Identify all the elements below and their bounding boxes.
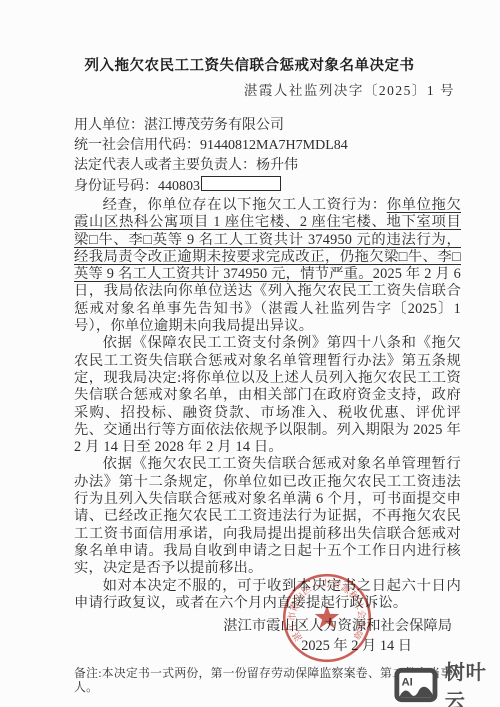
employer-line: 用人单位：湛江博茂劳务有限公司 bbox=[74, 116, 461, 136]
legal-rep-line: 法定代表人或者主要负责人：杨升伟 bbox=[74, 156, 461, 176]
watermark: AI 树叶云 bbox=[394, 656, 500, 707]
credit-code-line: 统一社会信用代码：91440812MA7H7MDL84 bbox=[74, 136, 461, 156]
id-number-line: 身份证号码：440803 bbox=[74, 176, 461, 197]
paragraph-appeal: 如对本决定不服的，可于收到本决定书之日起六十日内申请行政复议，或者在六个月内直接… bbox=[74, 578, 461, 613]
paragraph-decision: 依据《保障农民工工资支付条例》第四十八条和《拖欠农民工工资失信联合惩戒对象名单管… bbox=[74, 335, 461, 456]
signature-date: 2025 年 2 月 14 日 bbox=[74, 638, 461, 655]
id-number-label: 身份证号码：440803 bbox=[74, 179, 200, 194]
findings-intro: 经查，你单位存在以下拖欠工人工资行为： bbox=[103, 197, 387, 213]
redacted-id-box bbox=[201, 176, 281, 191]
document-page: 列入拖欠农民工工资失信联合惩戒对象名单决定书 湛霞人社监列决字〔2025〕1 号… bbox=[0, 0, 500, 707]
signature-org: 湛江市霞山区人力资源和社会保障局 bbox=[74, 618, 461, 635]
watermark-brand: 树叶云 bbox=[445, 656, 500, 707]
logo-ai-text: AI bbox=[401, 676, 412, 688]
paragraph-removal: 依据《拖欠农民工工资失信联合惩戒对象名单管理暂行办法》第十二条规定，你单位如已改… bbox=[74, 456, 461, 577]
ai-image-logo-icon: AI bbox=[394, 665, 438, 705]
document-content: 列入拖欠农民工工资失信联合惩戒对象名单决定书 湛霞人社监列决字〔2025〕1 号… bbox=[0, 0, 500, 694]
document-number: 湛霞人社监列决字〔2025〕1 号 bbox=[74, 82, 461, 99]
paragraph-findings: 经查，你单位存在以下拖欠工人工资行为：你单位拖欠霞山区热科公寓项目 1 座住宅楼… bbox=[74, 197, 461, 335]
party-info-block: 用人单位：湛江博茂劳务有限公司 统一社会信用代码：91440812MA7H7MD… bbox=[74, 116, 461, 197]
document-title: 列入拖欠农民工工资失信联合惩戒对象名单决定书 bbox=[74, 57, 425, 76]
